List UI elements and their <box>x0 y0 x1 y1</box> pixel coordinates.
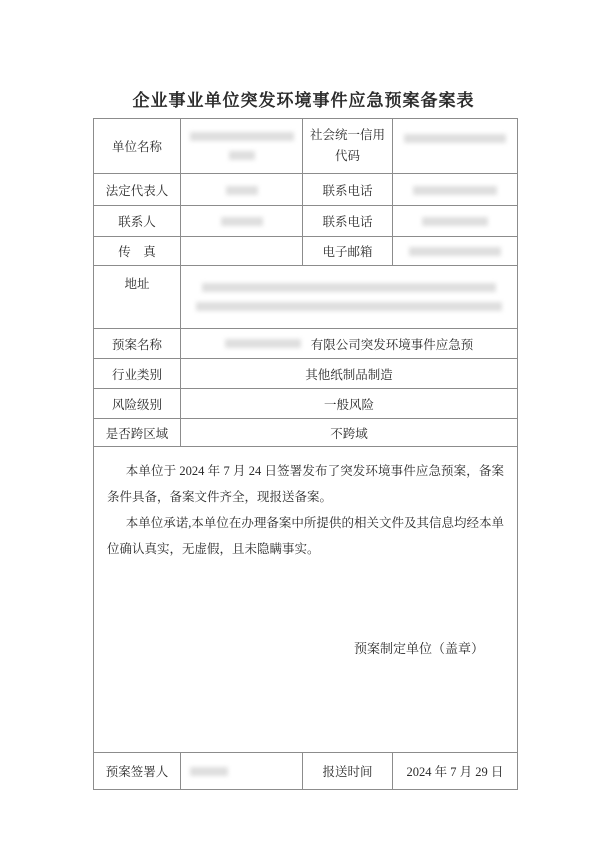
credit-code-label: 社会统一信用代码 <box>303 119 393 174</box>
contact-person-value <box>181 206 303 237</box>
row-address: 地址 <box>94 266 518 329</box>
redacted-address <box>185 283 513 311</box>
signer-label: 预案签署人 <box>94 753 181 790</box>
row-risk-level: 风险级别 一般风险 <box>94 389 518 419</box>
report-time-label: 报送时间 <box>303 753 393 790</box>
contact-phone-label: 联系电话 <box>303 206 393 237</box>
address-value <box>181 266 518 329</box>
redacted-contact-person <box>221 217 263 226</box>
redacted-unit-name <box>185 132 298 160</box>
redacted-text-blob <box>202 283 496 292</box>
redacted-email <box>409 247 501 256</box>
industry-label: 行业类别 <box>94 359 181 389</box>
fax-value <box>181 237 303 266</box>
email-value <box>393 237 518 266</box>
redacted-credit-code <box>397 134 513 159</box>
redacted-text-blob <box>190 132 294 141</box>
legal-rep-value <box>181 174 303 206</box>
row-contact-person: 联系人 联系电话 <box>94 206 518 237</box>
risk-level-label: 风险级别 <box>94 389 181 419</box>
legal-rep-label: 法定代表人 <box>94 174 181 206</box>
address-label: 地址 <box>94 266 181 329</box>
row-cross-region: 是否跨区域 不跨域 <box>94 419 518 447</box>
cross-region-value: 不跨域 <box>181 419 518 447</box>
declaration-paragraph-1: 本单位于 2024 年 7 月 24 日签署发布了突发环境事件应急预案，备案条件… <box>107 458 504 510</box>
row-industry: 行业类别 其他纸制品制造 <box>94 359 518 389</box>
email-label: 电子邮箱 <box>303 237 393 266</box>
risk-level-value: 一般风险 <box>181 389 518 419</box>
declaration-paragraph-2: 本单位承诺,本单位在办理备案中所提供的相关文件及其信息均经本单位确认真实，无虚假… <box>107 510 504 562</box>
plan-name-visible-text: 有限公司突发环境事件应急预 <box>311 335 474 353</box>
redacted-signer <box>190 767 228 776</box>
credit-code-value <box>393 119 518 174</box>
row-plan-name: 预案名称 有限公司突发环境事件应急预 <box>94 329 518 359</box>
filing-form-table: 单位名称 社会统一信用代码 法定代表人 联系电话 <box>93 118 518 790</box>
fax-label: 传 真 <box>94 237 181 266</box>
row-declaration: 本单位于 2024 年 7 月 24 日签署发布了突发环境事件应急预案，备案条件… <box>94 447 518 753</box>
contact-phone-value <box>393 206 518 237</box>
redacted-legal-rep-phone <box>413 186 497 195</box>
signer-value <box>181 753 303 790</box>
legal-rep-phone-value <box>393 174 518 206</box>
redacted-contact-phone <box>422 217 488 226</box>
plan-name-value: 有限公司突发环境事件应急预 <box>181 329 518 359</box>
redacted-text-blob <box>229 151 255 160</box>
document-page: 企业事业单位突发环境事件应急预案备案表 单位名称 社会统一信用代码 法定代表人 <box>0 0 607 859</box>
unit-name-value <box>181 119 303 174</box>
stamp-line: 预案制定单位（盖章） <box>107 640 504 658</box>
industry-value: 其他纸制品制造 <box>181 359 518 389</box>
redacted-plan-name-prefix <box>225 339 301 348</box>
plan-name-label: 预案名称 <box>94 329 181 359</box>
row-signer: 预案签署人 报送时间 2024 年 7 月 29 日 <box>94 753 518 790</box>
row-legal-rep: 法定代表人 联系电话 <box>94 174 518 206</box>
unit-name-label: 单位名称 <box>94 119 181 174</box>
cross-region-label: 是否跨区域 <box>94 419 181 447</box>
contact-person-label: 联系人 <box>94 206 181 237</box>
row-fax-email: 传 真 电子邮箱 <box>94 237 518 266</box>
row-unit-name: 单位名称 社会统一信用代码 <box>94 119 518 174</box>
page-title: 企业事业单位突发环境事件应急预案备案表 <box>0 86 607 111</box>
declaration-cell: 本单位于 2024 年 7 月 24 日签署发布了突发环境事件应急预案，备案条件… <box>94 447 518 753</box>
redacted-text-blob <box>404 134 506 143</box>
redacted-text-blob <box>196 302 502 311</box>
legal-rep-phone-label: 联系电话 <box>303 174 393 206</box>
report-time-value: 2024 年 7 月 29 日 <box>393 753 518 790</box>
redacted-legal-rep <box>226 186 258 195</box>
